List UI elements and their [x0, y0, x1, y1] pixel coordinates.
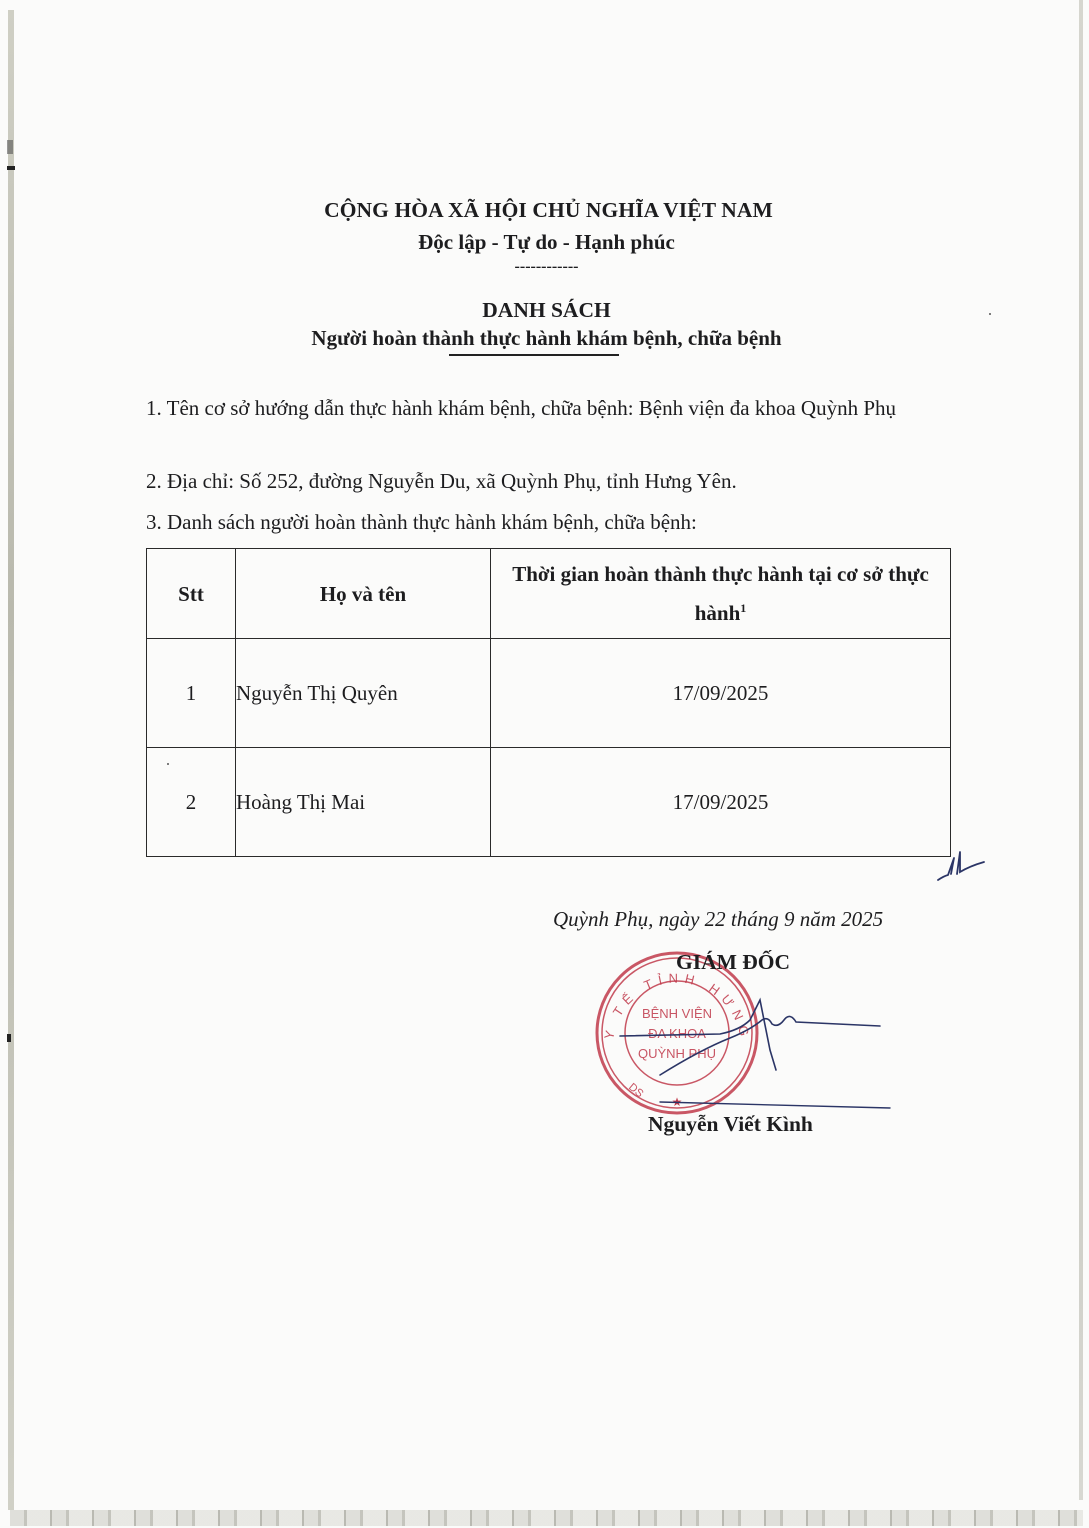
scan-edge-bottom	[10, 1510, 1083, 1526]
header-name: Họ và tên	[236, 549, 491, 639]
table-row: 1 Nguyễn Thị Quyên 17/09/2025	[147, 639, 951, 748]
initials-mark	[930, 840, 990, 890]
heading-separator: ------------	[2, 258, 1089, 276]
cell-name: Nguyễn Thị Quyên	[236, 639, 491, 748]
scan-edge-right	[1079, 0, 1083, 1500]
place-date: Quỳnh Phụ, ngày 22 tháng 9 năm 2025	[553, 907, 883, 932]
item-facility-name: 1. Tên cơ sở hướng dẫn thực hành khám bệ…	[146, 392, 956, 424]
cell-stt: 1	[147, 639, 236, 748]
document-subtitle: Người hoàn thành thực hành khám bệnh, ch…	[2, 326, 1089, 351]
table-row: 2 Hoàng Thị Mai 17/09/2025	[147, 748, 951, 857]
motto: Độc lập - Tự do - Hạnh phúc	[2, 230, 1089, 255]
signer-role: GIÁM ĐỐC	[676, 950, 790, 975]
table-header-row: Stt Họ và tên Thời gian hoàn thành thực …	[147, 549, 951, 639]
header-date: Thời gian hoàn thành thực hành tại cơ sở…	[491, 549, 951, 639]
header-date-text: Thời gian hoàn thành thực hành tại cơ sở…	[512, 562, 929, 625]
handwritten-signature	[600, 990, 900, 1120]
cell-name: Hoàng Thị Mai	[236, 748, 491, 857]
footnote-marker: 1	[740, 601, 746, 615]
cell-date: 17/09/2025	[491, 748, 951, 857]
nation-heading: CỘNG HÒA XÃ HỘI CHỦ NGHĨA VIỆT NAM	[4, 198, 1089, 223]
subtitle-underline	[449, 354, 619, 356]
signer-name: Nguyễn Viết Kình	[648, 1112, 813, 1137]
item-list-intro: 3. Danh sách người hoàn thành thực hành …	[146, 506, 956, 538]
completion-table: Stt Họ và tên Thời gian hoàn thành thực …	[146, 548, 951, 857]
header-stt: Stt	[147, 549, 236, 639]
item-address: 2. Địa chỉ: Số 252, đường Nguyễn Du, xã …	[146, 465, 956, 497]
cell-date: 17/09/2025	[491, 639, 951, 748]
document-title: DANH SÁCH	[2, 298, 1089, 323]
cell-stt: 2	[147, 748, 236, 857]
